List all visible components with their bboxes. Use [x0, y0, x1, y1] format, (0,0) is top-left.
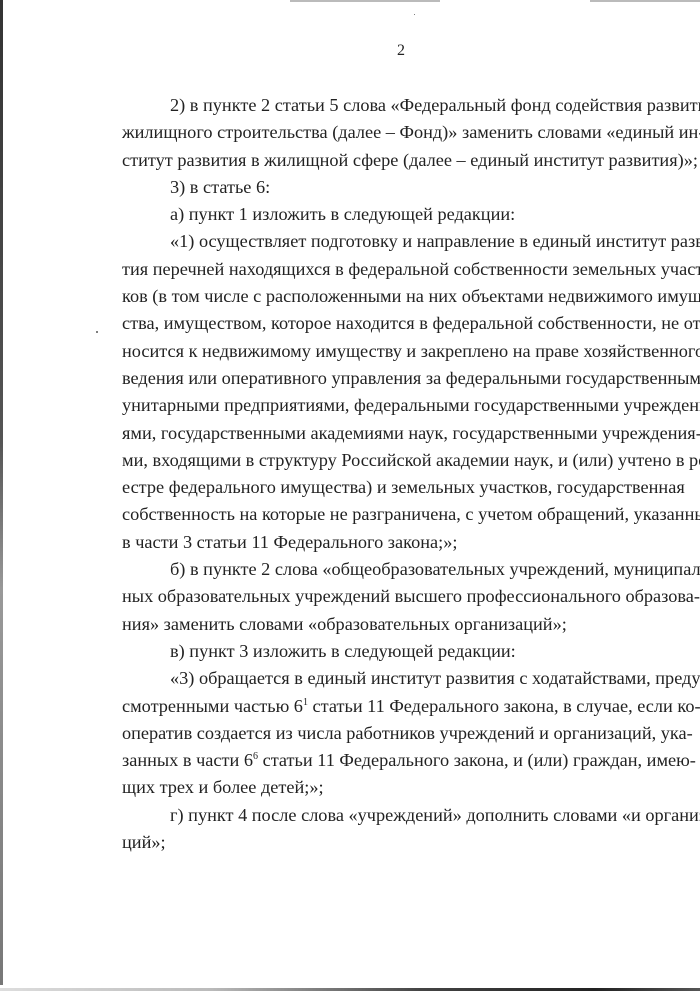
paragraph-line: 2) в пункте 2 статьи 5 слова «Федеральны…: [122, 92, 659, 119]
scan-edge-top: [590, 0, 700, 2]
paragraph-line: жилищного строительства (далее – Фонд)» …: [122, 119, 659, 146]
line-text: занных в части 6: [122, 750, 253, 770]
line-text: смотренными частью 6: [122, 696, 303, 716]
scan-speck: [414, 14, 415, 15]
paragraph-line: а) пункт 1 изложить в следующей редакции…: [122, 201, 659, 228]
line-text: статьи 11 Федерального закона, и (или) г…: [258, 750, 696, 770]
paragraph-line: «3) обращается в единый институт развити…: [122, 665, 659, 692]
paragraph-line: ведения или оперативного управления за ф…: [122, 365, 659, 392]
paragraph-line: смотренными частью 61 статьи 11 Федераль…: [122, 693, 659, 720]
paragraph-line: собственность на которые не разграничена…: [122, 501, 659, 528]
scan-speck: [96, 331, 98, 333]
paragraph-line: естре федерального имущества) и земельны…: [122, 474, 659, 501]
paragraph-line: оператив создается из числа работников у…: [122, 720, 659, 747]
paragraph-line: ных образовательных учреждений высшего п…: [122, 583, 659, 610]
scan-edge-left: [0, 0, 3, 985]
scan-edge-top: [290, 0, 440, 2]
paragraph-line: г) пункт 4 после слова «учреждений» допо…: [122, 802, 659, 829]
paragraph-line: тия перечней находящихся в федеральной с…: [122, 256, 659, 283]
paragraph-line: ства, имуществом, которое находится в фе…: [122, 310, 659, 337]
paragraph-line: ния» заменить словами «образовательных о…: [122, 611, 659, 638]
paragraph-line: б) в пункте 2 слова «общеобразовательных…: [122, 556, 659, 583]
page-number: 2: [0, 42, 700, 60]
document-body: 2) в пункте 2 статьи 5 слова «Федеральны…: [122, 92, 659, 856]
paragraph-line: занных в части 66 статьи 11 Федерального…: [122, 747, 659, 774]
paragraph-line: ми, входящими в структуру Российской ака…: [122, 447, 659, 474]
paragraph-line: ций»;: [122, 829, 659, 856]
paragraph-line: щих трех и более детей;»;: [122, 774, 659, 801]
paragraph-line: ков (в том числе с расположенными на них…: [122, 283, 659, 310]
page-number-text: 2: [397, 42, 405, 60]
line-text: статьи 11 Федерального закона, в случае,…: [308, 696, 700, 716]
paragraph-line: «1) осуществляет подготовку и направлени…: [122, 228, 659, 255]
paragraph-line: в) пункт 3 изложить в следующей редакции…: [122, 638, 659, 665]
paragraph-line: в части 3 статьи 11 Федерального закона;…: [122, 529, 659, 556]
paragraph-line: ститут развития в жилищной сфере (далее …: [122, 147, 659, 174]
paragraph-line: носится к недвижимому имуществу и закреп…: [122, 338, 659, 365]
paragraph-line: 3) в статье 6:: [122, 174, 659, 201]
paragraph-line: ями, государственными академиями наук, г…: [122, 420, 659, 447]
paragraph-line: унитарными предприятиями, федеральными г…: [122, 392, 659, 419]
